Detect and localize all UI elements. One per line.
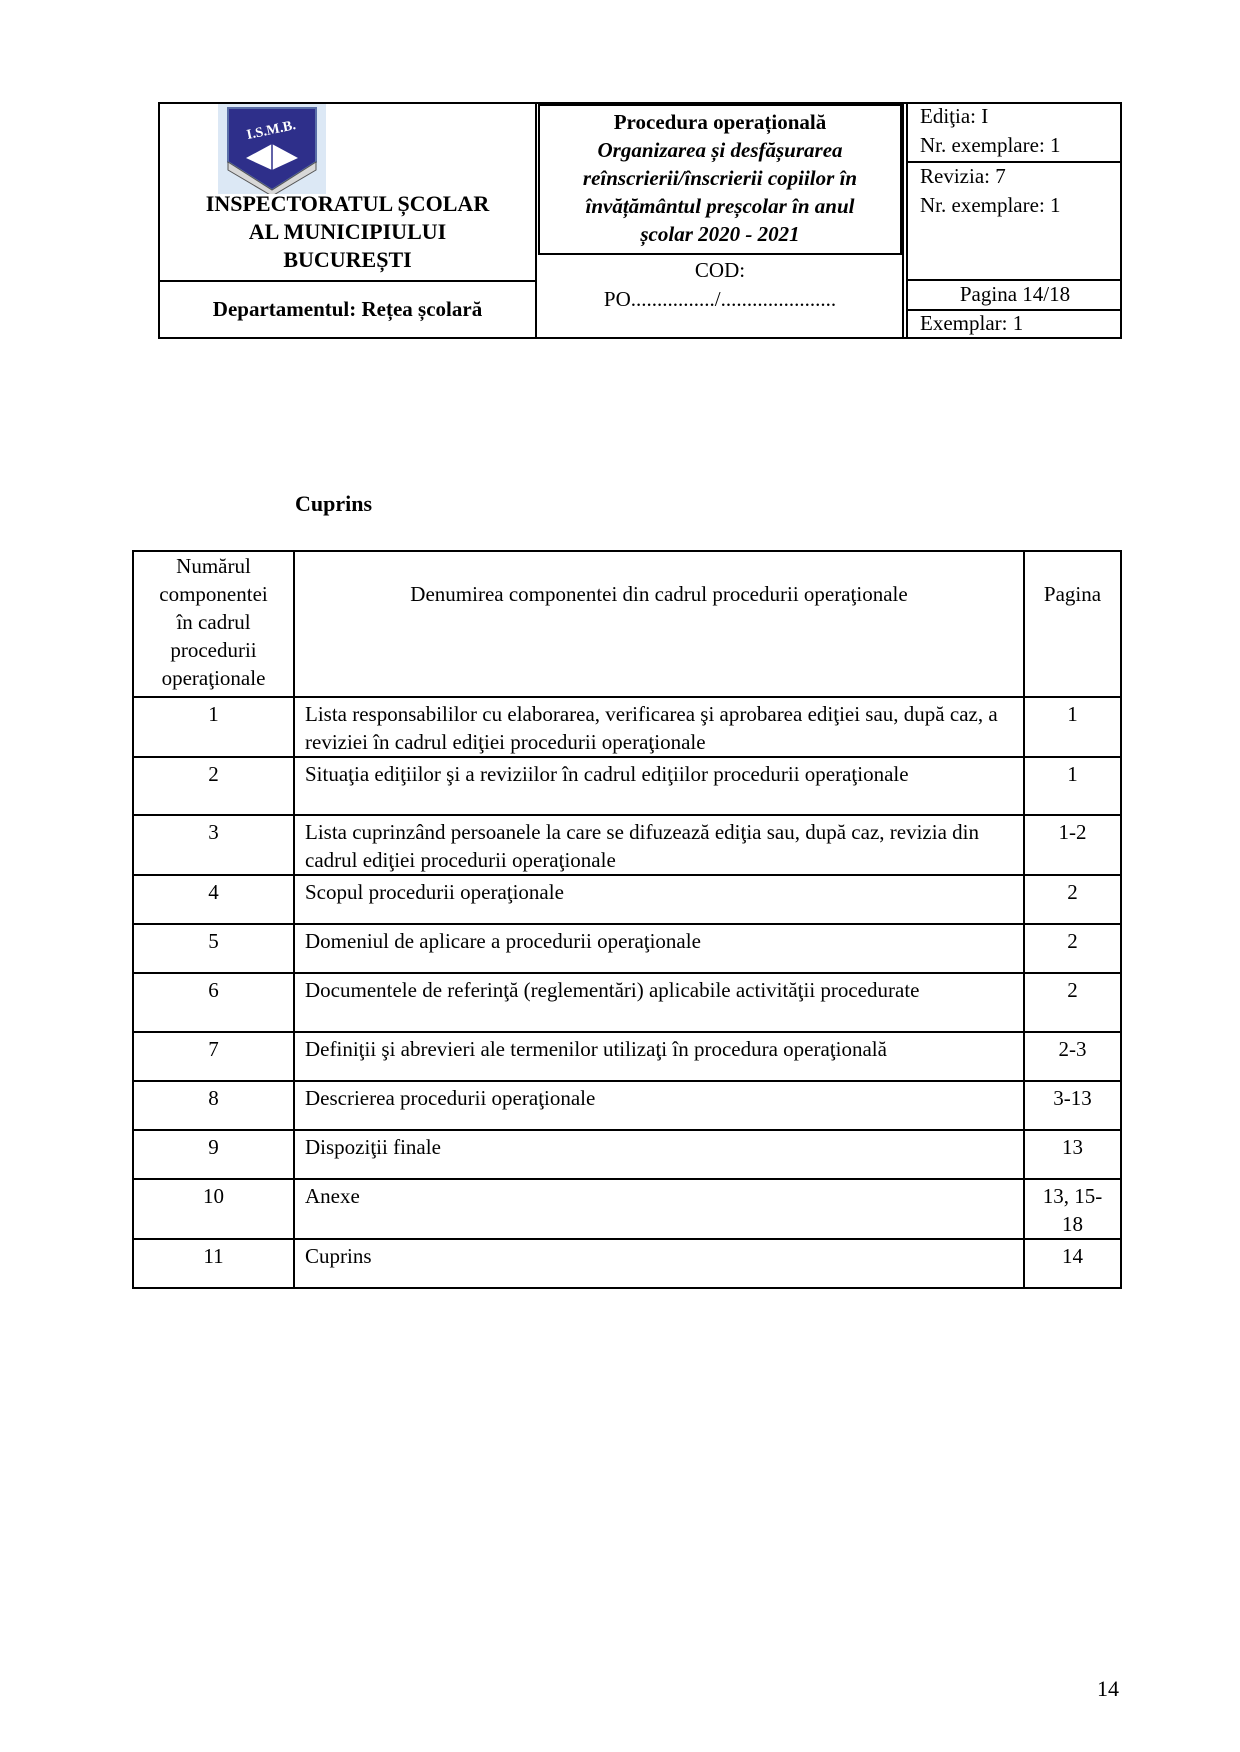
toc-row-page: 1 <box>1024 697 1121 757</box>
edition-label: Ediţia: I <box>920 102 1122 131</box>
col-header-line: procedurii <box>144 636 283 664</box>
toc-row: 4Scopul procedurii operaţionale2 <box>133 875 1121 924</box>
toc-row: 3Lista cuprinzând persoanele la care se … <box>133 815 1121 875</box>
toc-row-name: Lista responsabililor cu elaborarea, ver… <box>294 697 1024 757</box>
toc-row: 8Descrierea procedurii operaţionale3-13 <box>133 1081 1121 1130</box>
toc-row-number: 5 <box>133 924 294 973</box>
toc-row-name: Descrierea procedurii operaţionale <box>294 1081 1024 1130</box>
toc-row-number: 10 <box>133 1179 294 1239</box>
toc-row-name: Situaţia ediţiilor şi a reviziilor în ca… <box>294 757 1024 815</box>
edition-info: Ediţia: I Nr. exemplare: 1 <box>908 102 1122 160</box>
revision-copies: Nr. exemplare: 1 <box>920 191 1122 220</box>
toc-row-page: 1 <box>1024 757 1121 815</box>
toc-row-name: Domeniul de aplicare a procedurii operaţ… <box>294 924 1024 973</box>
header-divider <box>902 104 904 337</box>
cod-label: COD: <box>538 256 902 285</box>
toc-row-page: 3-13 <box>1024 1081 1121 1130</box>
edition-copies: Nr. exemplare: 1 <box>920 131 1122 160</box>
toc-row-name: Scopul procedurii operaţionale <box>294 875 1024 924</box>
document-header: I.S.M.B. INSPECTORATUL ȘCOLAR AL MUNICIP… <box>158 102 1122 339</box>
revision-info: Revizia: 7 Nr. exemplare: 1 <box>908 162 1122 220</box>
toc-row-number: 4 <box>133 875 294 924</box>
toc-row-name: Definiţii şi abrevieri ale termenilor ut… <box>294 1032 1024 1081</box>
col-header-name: Denumirea componentei din cadrul procedu… <box>294 551 1024 697</box>
toc-row-page: 13 <box>1024 1130 1121 1179</box>
toc-row-name: Documentele de referinţă (reglementări) … <box>294 973 1024 1032</box>
col-header-number: Numărul componentei în cadrul procedurii… <box>133 551 294 697</box>
procedure-subtitle-line: învățământul preșcolar în anul <box>540 192 900 220</box>
toc-row-number: 9 <box>133 1130 294 1179</box>
procedure-subtitle-line: reînscrierii/înscrierii copiilor în <box>540 164 900 192</box>
revision-label: Revizia: 7 <box>920 162 1122 191</box>
institution-line: AL MUNICIPIULUI <box>160 218 535 246</box>
toc-row: 11Cuprins14 <box>133 1239 1121 1288</box>
institution-line: INSPECTORATUL ȘCOLAR <box>160 190 535 218</box>
ismb-logo: I.S.M.B. <box>218 104 326 194</box>
toc-row-page: 14 <box>1024 1239 1121 1288</box>
toc-row: 5Domeniul de aplicare a procedurii opera… <box>133 924 1121 973</box>
institution-line: BUCUREȘTI <box>160 246 535 274</box>
cod-value: PO................/.....................… <box>538 285 902 314</box>
toc-row: 9Dispoziţii finale13 <box>133 1130 1121 1179</box>
toc-row-number: 7 <box>133 1032 294 1081</box>
procedure-subtitle-line: școlar 2020 - 2021 <box>540 220 900 248</box>
toc-row-number: 6 <box>133 973 294 1032</box>
toc-row-name: Anexe <box>294 1179 1024 1239</box>
toc-row-number: 2 <box>133 757 294 815</box>
toc-row: 1Lista responsabililor cu elaborarea, ve… <box>133 697 1121 757</box>
toc-table: Numărul componentei în cadrul procedurii… <box>132 550 1122 1289</box>
toc-row-page: 2 <box>1024 973 1121 1032</box>
procedure-title-box: Procedura operațională Organizarea și de… <box>538 104 902 255</box>
toc-row-number: 11 <box>133 1239 294 1288</box>
toc-row-page: 1-2 <box>1024 815 1121 875</box>
toc-row-number: 3 <box>133 815 294 875</box>
toc-row: 7Definiţii şi abrevieri ale termenilor u… <box>133 1032 1121 1081</box>
col-header-line: în cadrul <box>144 608 283 636</box>
toc-row: 2Situaţia ediţiilor şi a reviziilor în c… <box>133 757 1121 815</box>
toc-row-page: 13, 15-18 <box>1024 1179 1121 1239</box>
col-header-line: componentei <box>144 580 283 608</box>
col-header-page: Pagina <box>1024 551 1121 697</box>
toc-title: Cuprins <box>295 491 372 517</box>
department-label: Departamentul: Rețea școlară <box>160 282 535 337</box>
toc-row-name: Dispoziţii finale <box>294 1130 1024 1179</box>
col-header-line: operaţionale <box>144 664 283 692</box>
copy-number: Exemplar: 1 <box>908 309 1122 338</box>
toc-row-number: 8 <box>133 1081 294 1130</box>
toc-row-name: Lista cuprinzând persoanele la care se d… <box>294 815 1024 875</box>
header-divider <box>535 104 537 337</box>
toc-row: 6Documentele de referinţă (reglementări)… <box>133 973 1121 1032</box>
institution-name: INSPECTORATUL ȘCOLAR AL MUNICIPIULUI BUC… <box>160 190 535 274</box>
page-of-total: Pagina 14/18 <box>908 280 1122 309</box>
procedure-title: Procedura operațională <box>540 108 900 136</box>
toc-header-row: Numărul componentei în cadrul procedurii… <box>133 551 1121 697</box>
toc-row-name: Cuprins <box>294 1239 1024 1288</box>
toc-row-page: 2 <box>1024 875 1121 924</box>
toc-row-number: 1 <box>133 697 294 757</box>
procedure-code: COD: PO................/................… <box>538 256 902 314</box>
toc-row: 10Anexe13, 15-18 <box>133 1179 1121 1239</box>
procedure-subtitle-line: Organizarea și desfășurarea <box>540 136 900 164</box>
col-header-line: Numărul <box>144 552 283 580</box>
toc-row-page: 2 <box>1024 924 1121 973</box>
page-number: 14 <box>1097 1676 1119 1702</box>
toc-row-page: 2-3 <box>1024 1032 1121 1081</box>
